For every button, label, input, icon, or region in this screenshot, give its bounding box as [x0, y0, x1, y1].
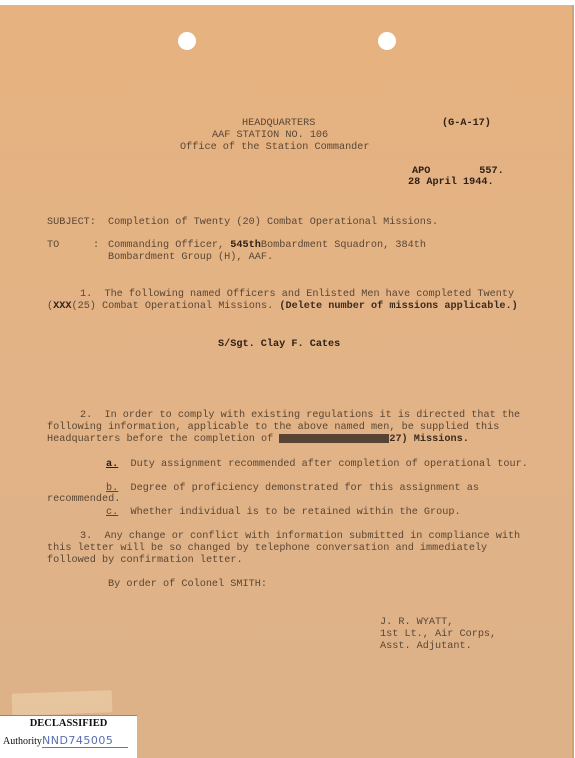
item-letter: b.	[106, 483, 118, 494]
authority-label: Authority	[3, 736, 42, 747]
header-line-1: HEADQUARTERS	[242, 118, 315, 130]
para3-line-2: this letter will be so changed by teleph…	[47, 543, 487, 555]
named-person: S/Sgt. Clay F. Cates	[218, 339, 340, 351]
authority-value: NND745005	[42, 734, 128, 748]
item-letter: a.	[106, 459, 118, 470]
tape-mark	[12, 690, 113, 715]
to-recipient-line-1: Commanding Officer, 545thBombardment Squ…	[108, 240, 426, 252]
para2-line-3-pre: Headquarters before the completion of	[47, 434, 273, 445]
to-rest: Bombardment Squadron, 384th	[261, 240, 426, 251]
to-label: TO	[47, 240, 59, 252]
punch-hole	[178, 32, 196, 50]
squadron-number: 545th	[230, 240, 261, 251]
subject-label: SUBJECT:	[47, 217, 96, 229]
para2-line-2: following information, applicable to the…	[47, 422, 499, 434]
para1-line-2: (XXX(25) Combat Operational Missions. (D…	[47, 301, 518, 313]
to-prefix: Commanding Officer,	[108, 240, 224, 251]
signature-name: J. R. WYATT,	[380, 617, 453, 629]
subject-text: Completion of Twenty (20) Combat Operati…	[108, 217, 438, 229]
item-a: a. Duty assignment recommended after com…	[106, 459, 528, 471]
item-text: Whether individual is to be retained wit…	[130, 507, 460, 518]
document-page: HEADQUARTERS AAF STATION NO. 106 Office …	[0, 5, 574, 758]
punch-hole	[378, 32, 396, 50]
declassified-title: DECLASSIFIED	[0, 718, 137, 729]
item-letter: c.	[106, 507, 118, 518]
para1-delete-note: (Delete number of missions applicable.)	[279, 301, 517, 312]
signature-rank: 1st Lt., Air Corps,	[380, 629, 496, 641]
signature-title: Asst. Adjutant.	[380, 641, 472, 653]
para3-line-3: followed by confirmation letter.	[47, 555, 243, 567]
to-recipient-line-2: Bombardment Group (H), AAF.	[108, 252, 273, 264]
redacted-text	[279, 434, 389, 443]
para3-line-1: 3. Any change or conflict with informati…	[80, 531, 520, 543]
header-line-2: AAF STATION NO. 106	[212, 130, 328, 142]
to-separator: :	[93, 240, 99, 252]
para2-line-1: 2. In order to comply with existing regu…	[80, 410, 520, 422]
letter-date: 28 April 1944.	[408, 177, 494, 189]
para1-rest: (25) Combat Operational Missions.	[71, 301, 273, 312]
para2-line-3: Headquarters before the completion of 27…	[47, 434, 469, 446]
item-c: c. Whether individual is to be retained …	[106, 507, 461, 519]
para1-line-1: 1. The following named Officers and Enli…	[80, 289, 514, 301]
para2-line-3-post: 27) Missions.	[389, 434, 468, 445]
declassified-stamp: DECLASSIFIED Authority NND745005	[0, 715, 137, 758]
item-text: Degree of proficiency demonstrated for t…	[130, 483, 478, 494]
struck-number: XXX	[53, 301, 71, 312]
item-b-continuation: recommended.	[47, 494, 120, 506]
closing-line: By order of Colonel SMITH:	[108, 579, 267, 591]
item-text: Duty assignment recommended after comple…	[130, 459, 527, 470]
header-line-3: Office of the Station Commander	[180, 142, 370, 154]
form-code: (G-A-17)	[442, 118, 491, 130]
item-b: b. Degree of proficiency demonstrated fo…	[106, 483, 479, 495]
